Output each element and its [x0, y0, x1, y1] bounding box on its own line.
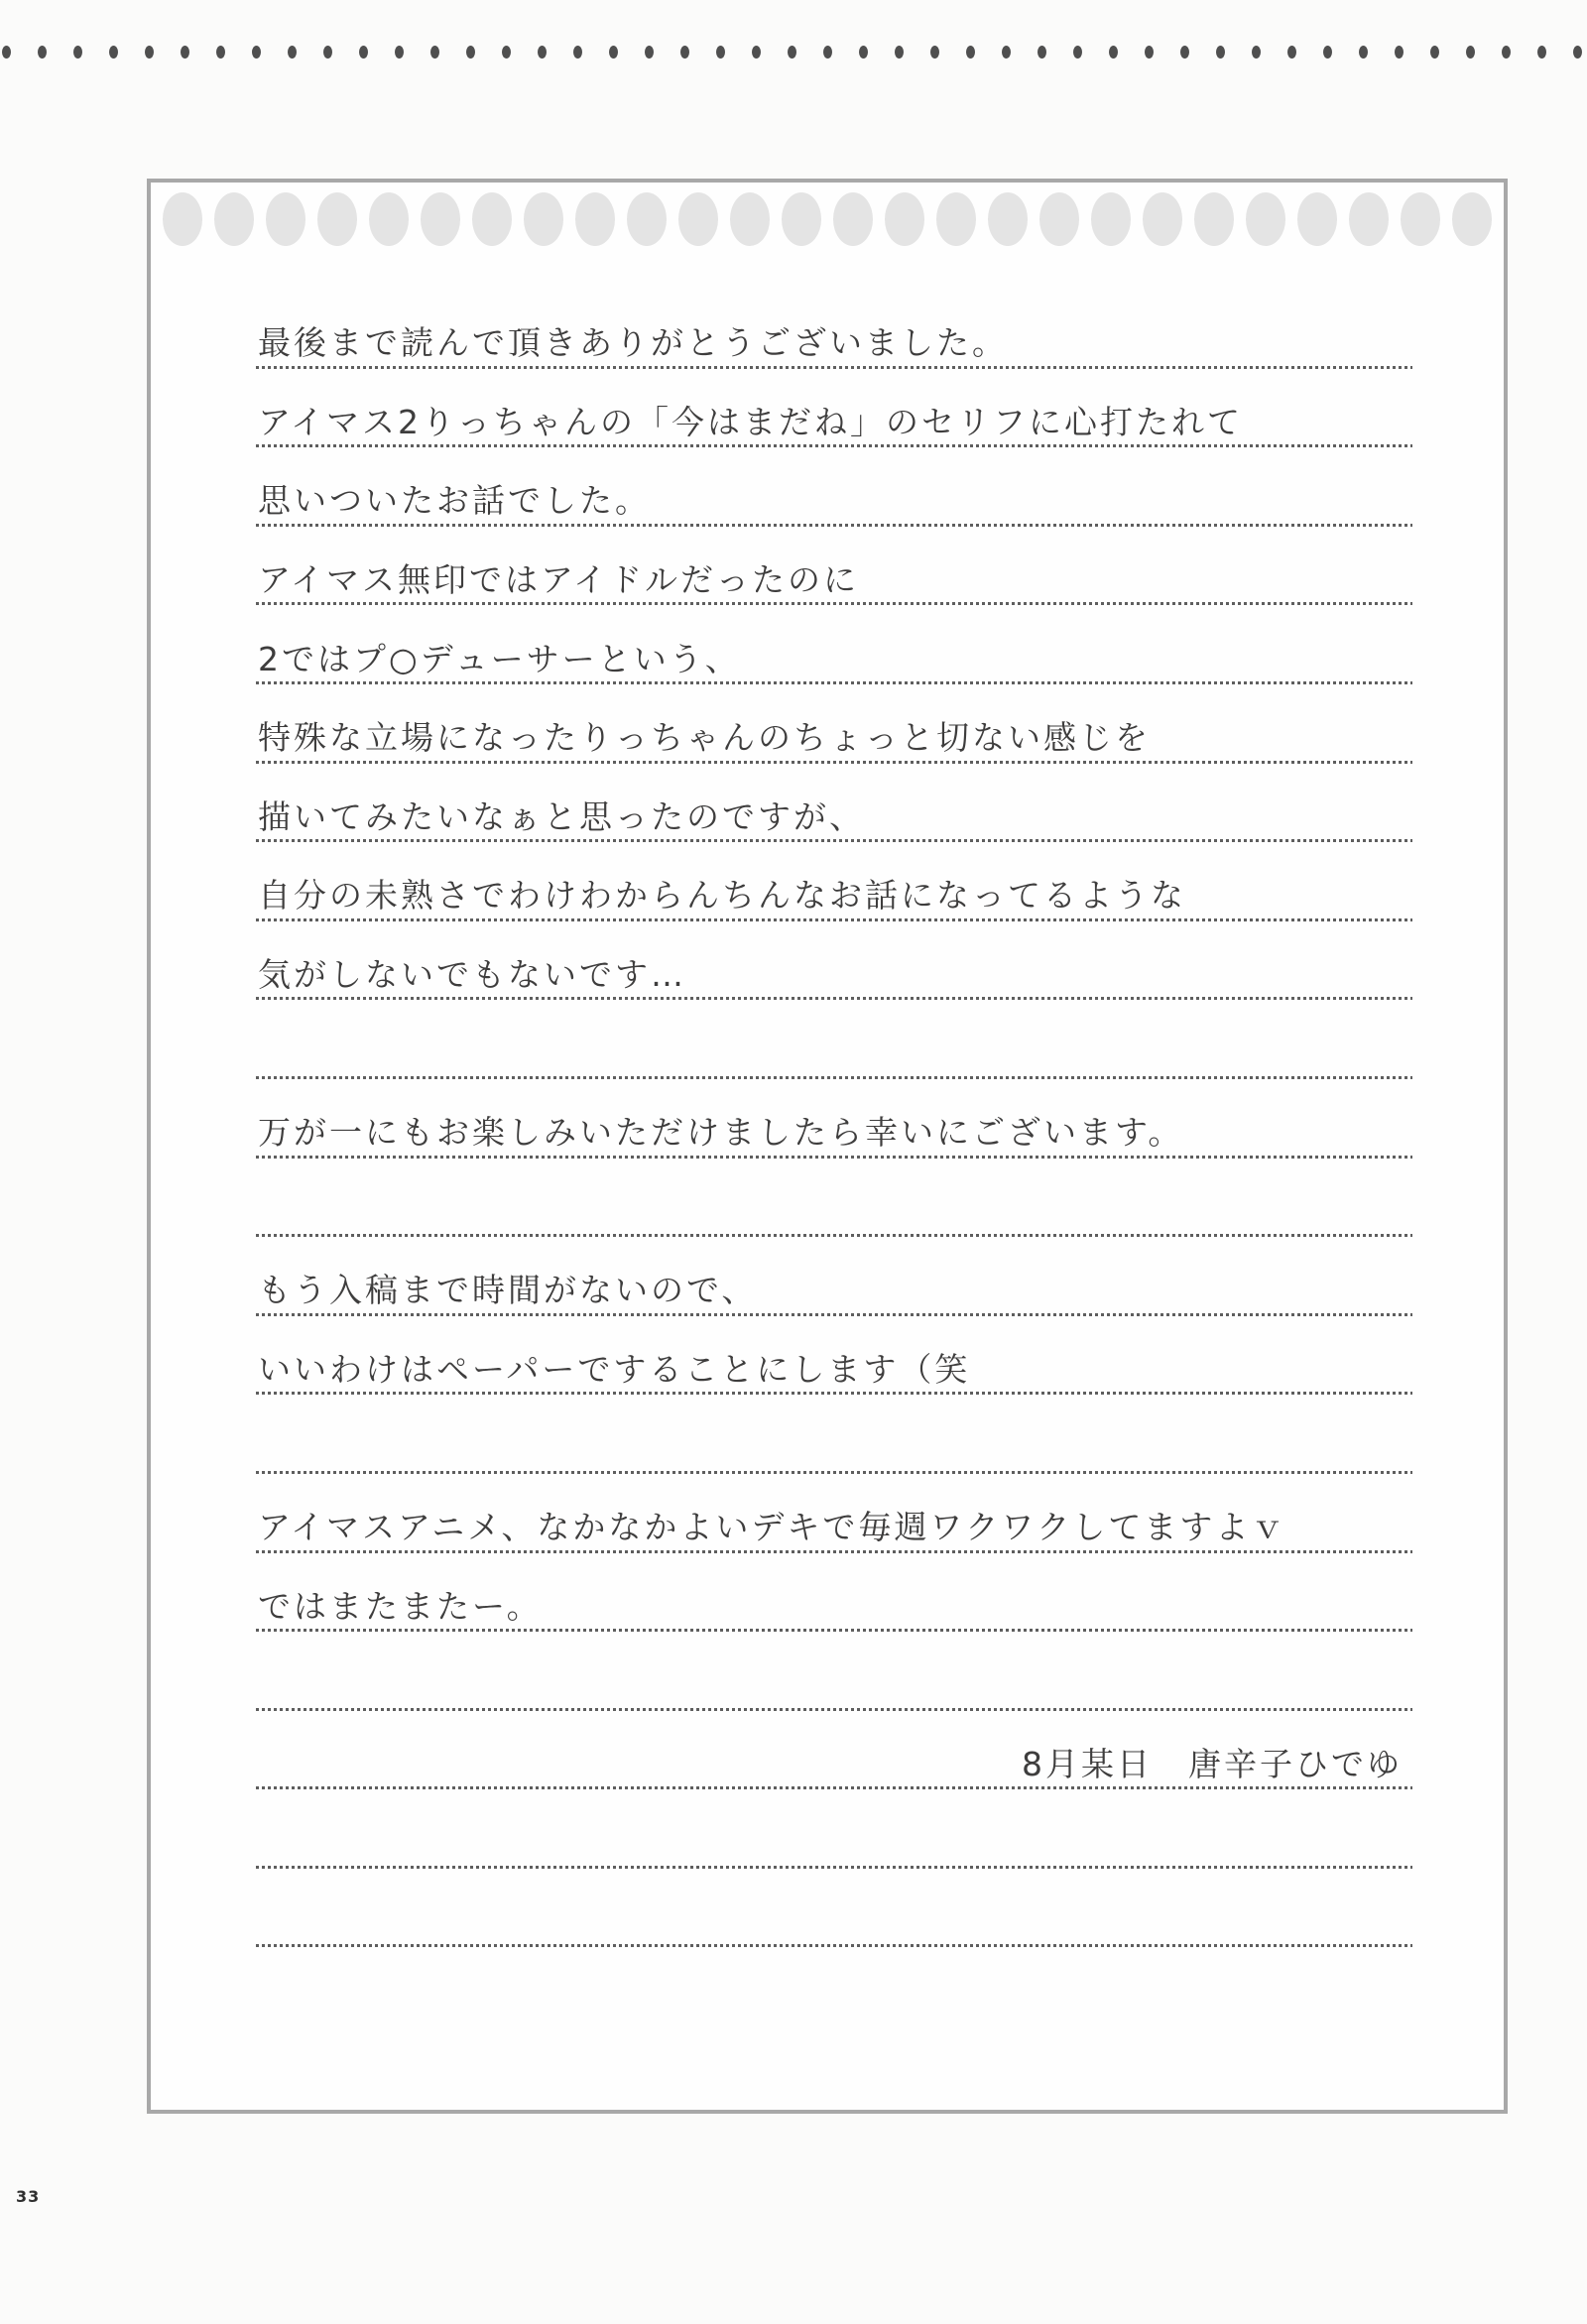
border-dot-icon	[573, 46, 582, 59]
border-dot-icon	[788, 46, 796, 59]
handwritten-line: アイマス無印ではアイドルだったのに	[256, 527, 1412, 606]
handwritten-line: 描いてみたいなぁと思ったのですが、	[256, 764, 1412, 843]
scallop-ellipse-icon	[317, 192, 357, 246]
border-dot-icon	[1537, 46, 1546, 59]
border-dot-icon	[1323, 46, 1332, 59]
handwritten-line: アイマスアニメ、なかなかよいデキで毎週ワクワクしてますよｖ	[256, 1474, 1412, 1553]
border-dot-icon	[823, 46, 832, 59]
scallop-decoration-row	[163, 192, 1492, 246]
border-dot-icon	[752, 46, 761, 59]
border-dot-icon	[1287, 46, 1296, 59]
handwritten-text: 思いついたお話でした。	[258, 483, 1410, 519]
border-dot-icon	[538, 46, 547, 59]
handwritten-line: 特殊な立場になったりっちゃんのちょっと切ない感じを	[256, 684, 1412, 764]
border-dot-icon	[145, 46, 154, 59]
handwritten-line: 8月某日 唐辛子ひでゆ	[256, 1711, 1412, 1790]
border-dot-icon	[1073, 46, 1082, 59]
scallop-ellipse-icon	[1452, 192, 1492, 246]
handwritten-text: もう入稿まで時間がないので、	[258, 1273, 1410, 1308]
scallop-ellipse-icon	[1039, 192, 1079, 246]
handwritten-line: 気がしないでもないです…	[256, 921, 1412, 1001]
border-dot-icon	[1038, 46, 1046, 59]
border-dot-icon	[216, 46, 225, 59]
ruled-lines: 最後まで読んで頂きありがとうございました。アイマス2りっちゃんの「今はまだね」の…	[256, 290, 1412, 1947]
handwritten-text: 8月某日 唐辛子ひでゆ	[258, 1747, 1410, 1782]
scallop-ellipse-icon	[627, 192, 667, 246]
border-dot-icon	[680, 46, 689, 59]
handwritten-text: 描いてみたいなぁと思ったのですが、	[258, 799, 1410, 835]
handwritten-text: 万が一にもお楽しみいただけましたら幸いにございます。	[258, 1115, 1410, 1151]
border-dot-icon	[1359, 46, 1368, 59]
border-dot-icon	[1466, 46, 1475, 59]
handwritten-line: 自分の未熟さでわけわからんちんなお話になってるような	[256, 842, 1412, 921]
scallop-ellipse-icon	[1091, 192, 1131, 246]
border-dot-icon	[38, 46, 47, 59]
scallop-ellipse-icon	[266, 192, 305, 246]
handwritten-line: もう入稿まで時間がないので、	[256, 1237, 1412, 1316]
scallop-ellipse-icon	[1143, 192, 1182, 246]
scallop-ellipse-icon	[214, 192, 254, 246]
empty-ruled-line	[256, 1789, 1412, 1869]
handwritten-text: いいわけはペーパーですることにします（笑	[258, 1352, 1410, 1388]
afterword-frame: 最後まで読んで頂きありがとうございました。アイマス2りっちゃんの「今はまだね」の…	[147, 179, 1508, 2114]
border-dot-icon	[1145, 46, 1154, 59]
page-number: 33	[16, 2187, 40, 2206]
handwritten-text: アイマス無印ではアイドルだったのに	[258, 562, 1410, 598]
border-dot-icon	[1216, 46, 1225, 59]
handwritten-text: 気がしないでもないです…	[258, 957, 1410, 993]
border-dot-icon	[73, 46, 82, 59]
border-dot-icon	[1002, 46, 1011, 59]
border-dot-icon	[181, 46, 189, 59]
scallop-ellipse-icon	[1401, 192, 1440, 246]
border-dot-icon	[930, 46, 939, 59]
border-dot-icon	[466, 46, 475, 59]
empty-ruled-line	[256, 1159, 1412, 1238]
border-dot-icon	[359, 46, 368, 59]
scallop-ellipse-icon	[524, 192, 563, 246]
scallop-ellipse-icon	[472, 192, 512, 246]
handwritten-text: ではまたまたー。	[258, 1589, 1410, 1625]
handwritten-line: 2ではプ○デューサーという、	[256, 605, 1412, 684]
handwritten-text: アイマスアニメ、なかなかよいデキで毎週ワクワクしてますよｖ	[258, 1510, 1410, 1545]
empty-ruled-line	[256, 1632, 1412, 1711]
border-dot-icon	[1573, 46, 1582, 59]
border-dot-icon	[2, 46, 11, 59]
border-dot-icon	[288, 46, 297, 59]
border-dot-icon	[430, 46, 439, 59]
border-dot-icon	[395, 46, 404, 59]
scallop-ellipse-icon	[936, 192, 976, 246]
scallop-ellipse-icon	[678, 192, 718, 246]
scallop-ellipse-icon	[1246, 192, 1285, 246]
border-dot-icon	[895, 46, 904, 59]
handwritten-text: 2ではプ○デューサーという、	[258, 642, 1410, 677]
handwritten-text: 自分の未熟さでわけわからんちんなお話になってるような	[258, 878, 1410, 914]
border-dot-icon	[502, 46, 511, 59]
scallop-ellipse-icon	[369, 192, 409, 246]
scallop-ellipse-icon	[575, 192, 615, 246]
border-dot-icon	[609, 46, 618, 59]
scallop-ellipse-icon	[1194, 192, 1234, 246]
border-dot-icon	[966, 46, 975, 59]
dotted-rule	[256, 1944, 1412, 1947]
scallop-ellipse-icon	[730, 192, 770, 246]
scallop-ellipse-icon	[782, 192, 821, 246]
empty-ruled-line	[256, 1869, 1412, 1948]
handwritten-line: 思いついたお話でした。	[256, 447, 1412, 527]
border-dot-icon	[1180, 46, 1189, 59]
scallop-ellipse-icon	[988, 192, 1028, 246]
empty-ruled-line	[256, 1000, 1412, 1079]
handwritten-text: 特殊な立場になったりっちゃんのちょっと切ない感じを	[258, 720, 1410, 756]
border-dot-icon	[109, 46, 118, 59]
handwritten-line: 万が一にもお楽しみいただけましたら幸いにございます。	[256, 1079, 1412, 1159]
border-dot-icon	[716, 46, 725, 59]
handwritten-line: いいわけはペーパーですることにします（笑	[256, 1316, 1412, 1396]
border-dot-icon	[645, 46, 654, 59]
border-dot-icon	[252, 46, 261, 59]
handwritten-text: アイマス2りっちゃんの「今はまだね」のセリフに心打たれて	[258, 405, 1410, 440]
scallop-ellipse-icon	[1297, 192, 1337, 246]
scallop-ellipse-icon	[421, 192, 460, 246]
scallop-ellipse-icon	[885, 192, 924, 246]
handwritten-line: アイマス2りっちゃんの「今はまだね」のセリフに心打たれて	[256, 369, 1412, 448]
border-dot-icon	[1252, 46, 1261, 59]
border-dot-icon	[1502, 46, 1511, 59]
handwritten-text: 最後まで読んで頂きありがとうございました。	[258, 325, 1410, 361]
border-dot-icon	[859, 46, 868, 59]
empty-ruled-line	[256, 1395, 1412, 1474]
scallop-ellipse-icon	[163, 192, 202, 246]
scallop-ellipse-icon	[1349, 192, 1389, 246]
border-dot-icon	[1430, 46, 1439, 59]
top-dots-row	[2, 45, 1582, 59]
handwritten-line: 最後まで読んで頂きありがとうございました。	[256, 290, 1412, 369]
border-dot-icon	[1395, 46, 1404, 59]
scallop-ellipse-icon	[833, 192, 873, 246]
border-dot-icon	[1109, 46, 1118, 59]
handwritten-line: ではまたまたー。	[256, 1553, 1412, 1633]
border-dot-icon	[323, 46, 332, 59]
